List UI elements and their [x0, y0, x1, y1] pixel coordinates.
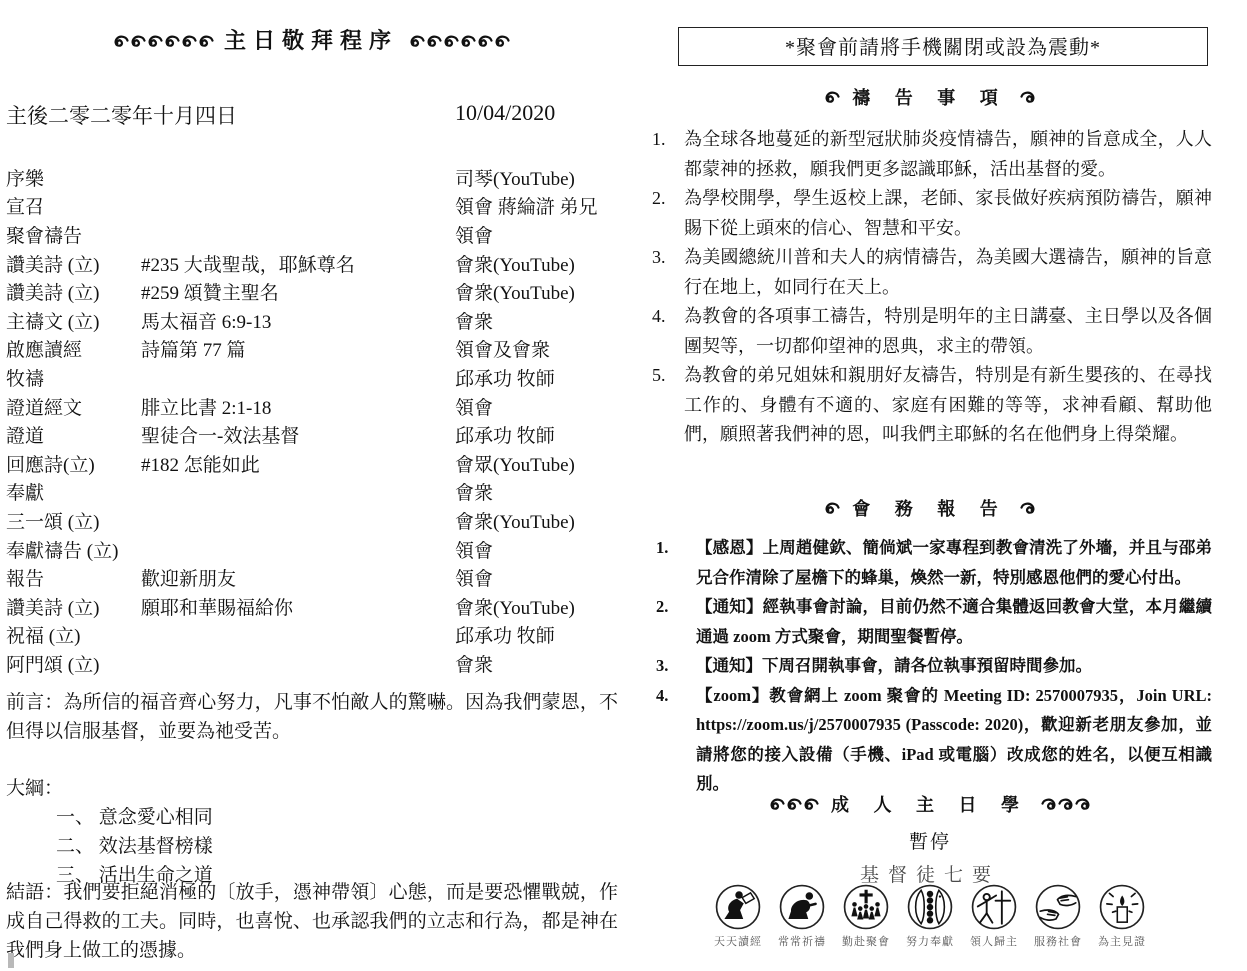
program-row: 讚美詩 (立)#235 大哉聖哉，耶穌尊名會衆(YouTube)	[6, 249, 616, 278]
seven-label: 天天讀經	[714, 933, 762, 949]
seven-cell: 領人歸主	[964, 884, 1025, 949]
item-text: 為學校開學，學生返校上課，老師、家長做好疾病預防禱告，願神賜下從上頭來的信心、智…	[684, 184, 1212, 243]
program-row: 奉獻會衆	[6, 478, 616, 507]
preface-paragraph: 前言：為所信的福音齊心努力，凡事不怕敵人的驚嚇。因為我們蒙恩，不但得以信服基督，…	[6, 688, 618, 746]
prayer-item: 1.為全球各地蔓延的新型冠狀肺炎疫情禱告，願神的旨意成全，人人都蒙神的拯救，願我…	[650, 125, 1212, 184]
outline-item: 二、 效法基督榜樣	[56, 832, 213, 861]
item-text: 為教會的各項事工禱告，特別是明年的主日講臺、主日學以及各個團契等，一切都仰望神的…	[684, 302, 1212, 361]
program-item: 證道	[6, 421, 141, 448]
program-item: 奉獻禱告 (立)	[6, 536, 141, 563]
prayer-item: 2.為學校開學，學生返校上課，老師、家長做好疾病預防禱告，願神賜下從上頭來的信心…	[650, 184, 1212, 243]
program-row: 阿門頌 (立)會衆	[6, 649, 616, 678]
program-item: 主禱文 (立)	[6, 307, 141, 334]
program-detail: #235 大哉聖哉，耶穌尊名	[141, 250, 455, 277]
seven-essentials-heading: 基督徒七要	[650, 860, 1210, 887]
item-number: 1.	[650, 533, 696, 563]
seven-cell: 勤赴聚會	[836, 884, 897, 949]
text-cursor	[8, 953, 14, 968]
item-number: 2.	[650, 592, 696, 622]
program-who: 邱承功 牧師	[455, 621, 616, 648]
seven-label: 領人歸主	[970, 933, 1018, 949]
announcement-item: 1.【感恩】上周趙健欽、簡倘斌一家專程到教會清洗了外墻，并且与邵弟兄合作清除了屋…	[650, 533, 1212, 592]
program-row: 奉獻禱告 (立)領會	[6, 535, 616, 564]
bulletin-page: 主日敬拜程序 主後二零二零年十月四日 10/04/2020 序樂司琴(YouTu…	[0, 0, 1247, 971]
seven-cell: 服務社會	[1028, 884, 1089, 949]
program-who: 領會	[455, 564, 616, 591]
prayer-item: 4.為教會的各項事工禱告，特別是明年的主日講臺、主日學以及各個團契等，一切都仰望…	[650, 302, 1212, 361]
announcements-heading-text: 會 務 報 告	[852, 499, 1008, 519]
item-text: 【zoom】教會網上 zoom 聚會的 Meeting ID: 25700079…	[696, 681, 1212, 799]
swirl-ornament-icon	[823, 91, 840, 104]
program-row: 回應詩(立)#182 怎能如此會眾(YouTube)	[6, 449, 616, 478]
program-who: 邱承功 牧師	[455, 421, 616, 448]
offering-icon	[907, 884, 953, 930]
program-who: 邱承功 牧師	[455, 364, 616, 391]
program-item: 三一頌 (立)	[6, 507, 141, 534]
page-title-text: 主日敬拜程序	[224, 28, 398, 53]
adult-school-heading: 成 人 主 日 學	[650, 791, 1210, 817]
adult-school-status: 暫停	[650, 827, 1210, 854]
phone-notice-box: *聚會前請將手機關閉或設為震動*	[678, 27, 1208, 66]
program-row: 牧禱邱承功 牧師	[6, 363, 616, 392]
outline-item: 一、 意念愛心相同	[56, 803, 213, 832]
program-item: 證道經文	[6, 393, 141, 420]
program-who: 會衆	[455, 307, 616, 334]
program-detail: 詩篇第 77 篇	[141, 335, 455, 362]
item-number: 1.	[650, 125, 684, 155]
program-row: 啟應讀經詩篇第 77 篇領會及會衆	[6, 335, 616, 364]
program-who: 會衆(YouTube)	[455, 507, 616, 534]
read-bible-icon	[715, 884, 761, 930]
item-number: 5.	[650, 361, 684, 391]
program-who: 會衆	[455, 650, 616, 677]
seven-label: 為主見證	[1098, 933, 1146, 949]
program-who: 領會	[455, 393, 616, 420]
worship-program-list: 序樂司琴(YouTube) 宣召領會 蔣綸滸 弟兄 聚會禱告領會 讚美詩 (立)…	[6, 163, 616, 678]
program-row: 證道經文腓立比書 2:1-18領會	[6, 392, 616, 421]
program-who: 會衆(YouTube)	[455, 250, 616, 277]
seven-cell: 努力奉獻	[900, 884, 961, 949]
program-who: 會衆(YouTube)	[455, 278, 616, 305]
program-item: 讚美詩 (立)	[6, 250, 141, 277]
program-item: 啟應讀經	[6, 335, 141, 362]
program-item: 聚會禱告	[6, 221, 141, 248]
program-row: 祝福 (立)邱承功 牧師	[6, 621, 616, 650]
program-who: 領會及會衆	[455, 335, 616, 362]
swirl-ornament-icon	[768, 798, 819, 811]
announcement-item: 4.【zoom】教會網上 zoom 聚會的 Meeting ID: 257000…	[650, 681, 1212, 799]
item-text: 為美國總統川普和夫人的病情禱告，為美國大選禱告，願神的旨意行在地上，如同行在天上…	[684, 243, 1212, 302]
program-who: 會眾(YouTube)	[455, 450, 616, 477]
program-detail: 願耶和華賜福給你	[141, 593, 455, 620]
announcements-section-heading: 會 務 報 告	[650, 495, 1210, 521]
program-item: 讚美詩 (立)	[6, 593, 141, 620]
seven-essentials-icons: 天天讀經 常常祈禱	[650, 884, 1210, 949]
announcement-item: 2.【通知】經執事會討論，目前仍然不適合集體返回教會大堂，本月繼續通過 zoom…	[650, 592, 1212, 651]
program-who: 會衆	[455, 478, 616, 505]
seven-label: 勤赴聚會	[842, 933, 890, 949]
seven-cell: 為主見證	[1092, 884, 1153, 949]
program-item: 宣召	[6, 192, 141, 219]
program-detail: #182 怎能如此	[141, 450, 455, 477]
program-who: 領會	[455, 536, 616, 563]
program-item: 回應詩(立)	[6, 450, 141, 477]
lead-to-christ-icon	[971, 884, 1017, 930]
date-numeric: 10/04/2020	[455, 100, 555, 126]
swirl-ornament-icon	[1041, 798, 1092, 811]
gathering-icon	[843, 884, 889, 930]
prayer-item: 3.為美國總統川普和夫人的病情禱告，為美國大選禱告，願神的旨意行在地上，如同行在…	[650, 243, 1212, 302]
program-row: 讚美詩 (立)願耶和華賜福給你會衆(YouTube)	[6, 592, 616, 621]
item-text: 為教會的弟兄姐妹和親朋好友禱告，特別是有新生嬰孩的、在尋找工作的、身體有不適的、…	[684, 361, 1212, 450]
swirl-ornament-icon	[1020, 91, 1037, 104]
prayer-item: 5.為教會的弟兄姐妹和親朋好友禱告，特別是有新生嬰孩的、在尋找工作的、身體有不適…	[650, 361, 1212, 450]
program-who: 領會	[455, 221, 616, 248]
announcement-item: 3.【通知】下周召開執事會，請各位執事預留時間參加。	[650, 651, 1212, 681]
program-detail: 聖徒合一-效法基督	[141, 421, 455, 448]
program-row: 三一頌 (立)會衆(YouTube)	[6, 506, 616, 535]
program-detail: 歡迎新朋友	[141, 564, 455, 591]
conclusion-paragraph: 結語：我們要拒絕消極的〔放手，憑神帶領〕心態，而是要恐懼戰兢，作成自己得救的工夫…	[6, 878, 618, 965]
pray-icon	[779, 884, 825, 930]
program-row: 序樂司琴(YouTube)	[6, 163, 616, 192]
program-item: 報告	[6, 564, 141, 591]
announcement-items-list: 1.【感恩】上周趙健欽、簡倘斌一家專程到教會清洗了外墻，并且与邵弟兄合作清除了屋…	[650, 533, 1212, 799]
item-number: 3.	[650, 243, 684, 273]
prayer-heading-text: 禱 告 事 項	[852, 88, 1008, 108]
seven-label: 努力奉獻	[906, 933, 954, 949]
program-item: 序樂	[6, 164, 141, 191]
program-who: 領會 蔣綸滸 弟兄	[455, 192, 616, 219]
prayer-section-heading: 禱 告 事 項	[650, 84, 1210, 110]
page-title: 主日敬拜程序	[6, 24, 616, 55]
swirl-ornament-icon	[823, 502, 840, 515]
program-row: 證道聖徒合一-效法基督邱承功 牧師	[6, 420, 616, 449]
outline-title: 大綱：	[6, 774, 213, 803]
program-detail: 腓立比書 2:1-18	[141, 393, 455, 420]
program-item: 祝福 (立)	[6, 621, 141, 648]
item-number: 4.	[650, 302, 684, 332]
swirl-ornament-icon	[408, 35, 510, 48]
program-item: 牧禱	[6, 364, 141, 391]
program-row: 主禱文 (立)馬太福音 6:9-13會衆	[6, 306, 616, 335]
program-row: 聚會禱告領會	[6, 220, 616, 249]
adult-school-heading-text: 成 人 主 日 學	[831, 795, 1029, 815]
date-chinese: 主後二零二零年十月四日	[6, 100, 237, 130]
prayer-items-list: 1.為全球各地蔓延的新型冠狀肺炎疫情禱告，願神的旨意成全，人人都蒙神的拯救，願我…	[650, 125, 1212, 450]
program-item: 讚美詩 (立)	[6, 278, 141, 305]
program-who: 司琴(YouTube)	[455, 164, 616, 191]
program-detail: #259 頌贊主聖名	[141, 278, 455, 305]
program-row: 讚美詩 (立)#259 頌贊主聖名會衆(YouTube)	[6, 277, 616, 306]
serve-society-icon	[1035, 884, 1081, 930]
program-who: 會衆(YouTube)	[455, 593, 616, 620]
swirl-ornament-icon	[1020, 502, 1037, 515]
outline-section: 大綱： 一、 意念愛心相同 二、 效法基督榜樣 三、 活出生命之道	[6, 774, 213, 890]
item-text: 【通知】經執事會討論，目前仍然不適合集體返回教會大堂，本月繼續通過 zoom 方…	[696, 592, 1212, 651]
seven-label: 服務社會	[1034, 933, 1082, 949]
program-row: 宣召領會 蔣綸滸 弟兄	[6, 192, 616, 221]
swirl-ornament-icon	[112, 35, 214, 48]
seven-label: 常常祈禱	[778, 933, 826, 949]
seven-cell: 天天讀經	[708, 884, 769, 949]
item-number: 2.	[650, 184, 684, 214]
program-detail: 馬太福音 6:9-13	[141, 307, 455, 334]
program-row: 報告歡迎新朋友領會	[6, 563, 616, 592]
item-number: 4.	[650, 681, 696, 711]
seven-cell: 常常祈禱	[772, 884, 833, 949]
program-item: 奉獻	[6, 478, 141, 505]
program-item: 阿門頌 (立)	[6, 650, 141, 677]
witness-icon	[1099, 884, 1145, 930]
item-text: 【感恩】上周趙健欽、簡倘斌一家專程到教會清洗了外墻，并且与邵弟兄合作清除了屋檐下…	[696, 533, 1212, 592]
item-text: 為全球各地蔓延的新型冠狀肺炎疫情禱告，願神的旨意成全，人人都蒙神的拯救，願我們更…	[684, 125, 1212, 184]
item-text: 【通知】下周召開執事會，請各位執事預留時間參加。	[696, 651, 1212, 681]
item-number: 3.	[650, 651, 696, 681]
